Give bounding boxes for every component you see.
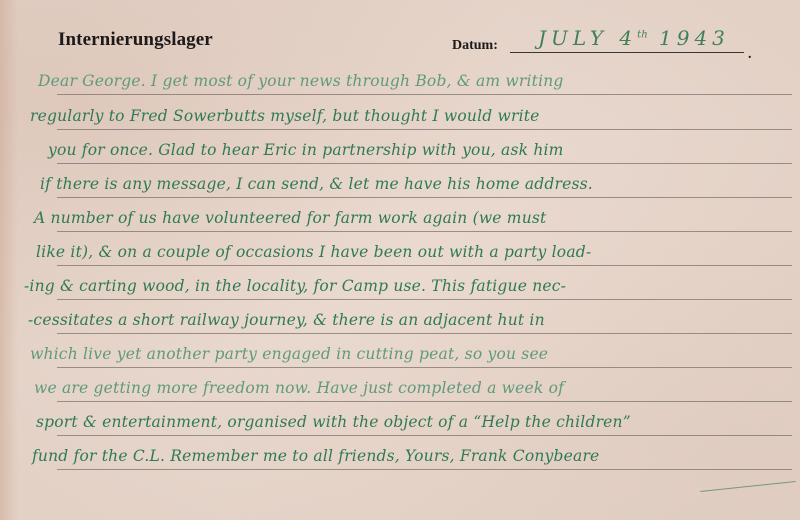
letter-line: which live yet another party engaged in … [30, 345, 548, 363]
letter-line: we are getting more freedom now. Have ju… [34, 379, 564, 397]
internment-camp-postcard: Internierungslager Datum: . JULY 4th 194… [0, 0, 800, 520]
letter-line: A number of us have volunteered for farm… [34, 209, 546, 227]
letter-line: Dear George. I get most of your news thr… [38, 72, 564, 90]
letter-line: regularly to Fred Sowerbutts myself, but… [30, 107, 540, 125]
letter-line: -cessitates a short railway journey, & t… [28, 311, 545, 329]
letter-line: if there is any message, I can send, & l… [40, 175, 593, 193]
letter-line: -ing & carting wood, in the locality, fo… [24, 277, 566, 295]
letter-line: like it), & on a couple of occasions I h… [36, 243, 591, 261]
letter-line: sport & entertainment, organised with th… [36, 413, 631, 431]
handwritten-letter: Dear George. I get most of your news thr… [0, 0, 800, 520]
signature-underline [700, 481, 796, 492]
letter-line: fund for the C.L. Remember me to all fri… [32, 447, 599, 465]
letter-line: you for once. Glad to hear Eric in partn… [48, 141, 564, 159]
